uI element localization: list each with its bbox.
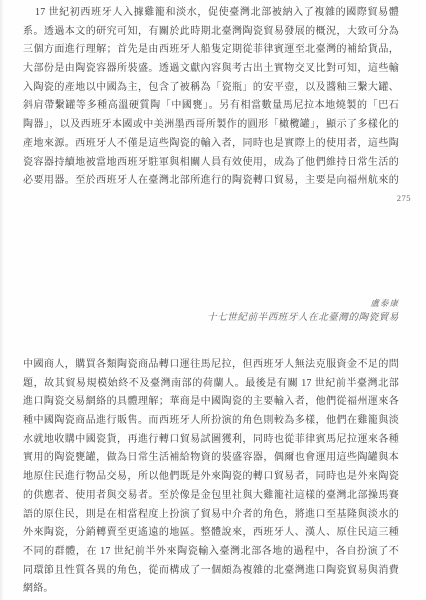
text-line: 進口陶瓷交易網絡的具體理解；華商是中國陶瓷的主要輸入者，他們從福州運來各 [23, 393, 399, 412]
text-line: 大部份是由陶瓷容器所裝盛。透過文獻內容與考古出土實物交叉比對可知，這些輸 [23, 60, 399, 79]
text-line: 題，故其貿易規模始終不及臺灣南部的荷蘭人。最後是有關 17 世紀前半臺灣北部 [23, 375, 399, 394]
text-line: 實用的陶瓷甕罐，做為日常生活補給物資的裝盛容器，偶爾也會運用這些陶罐與本 [23, 449, 399, 468]
text-line: 的供應者、使用者與交易者。至於像是金包里社與大雞籠社這樣的臺灣北部操馬賽 [23, 487, 399, 506]
text-line: 17 世紀初西班牙人入據雞籠和淡水，促使臺灣北部被納入了複雜的國際貿易體 [23, 4, 399, 23]
paragraph-top: 17 世紀初西班牙人入據雞籠和淡水，促使臺灣北部被納入了複雜的國際貿易體系。透過… [23, 4, 399, 191]
text-line: 地原住民進行物品交易，所以他們既是外來陶瓷的轉口貿易者，同時也是外來陶瓷 [23, 468, 399, 487]
text-line: 斜肩帶繫罐等多種高溫硬質陶「中國甕」。另有相當數量馬尼拉本地燒製的「巴石 [23, 97, 399, 116]
text-line: 陶器」，以及西班牙本國或中美洲墨西哥所製作的圓形「橄欖罐」，顯示了多樣化的 [23, 116, 399, 135]
text-line: 水就地收購中國瓷貨，再進行轉口貿易試圖獲利，同時也從菲律賓馬尼拉運來各種 [23, 431, 399, 450]
text-line: 不同的群體，在 17 世紀前半外來陶瓷輸入臺灣北部各地的過程中，各自扮演了不 [23, 543, 399, 562]
text-line: 中國商人，購買各類陶瓷商品轉口運往馬尼拉，但西班牙人無法克服資金不足的問 [23, 356, 399, 375]
text-line: 三個方面進行理解；首先是由西班牙人船隻定期從菲律賓運至北臺灣的補給貨品， [23, 41, 399, 60]
text-line: 產地來源。西班牙人不僅是這些陶瓷的輸入者，同時也是實際上的使用者，這些陶 [23, 135, 399, 154]
page-number: 275 [397, 193, 411, 203]
text-line: 外來陶瓷，分銷轉賣至更遙遠的地區。整體說來，西班牙人、漢人、原住民這三種 [23, 524, 399, 543]
text-line: 瓷容器持續地被當地西班牙駐軍與相關人員有效使用，成為了他們維持日常生活的 [23, 154, 399, 173]
text-line: 網絡。 [23, 580, 399, 599]
running-header-author: 盧泰康 [23, 296, 399, 310]
text-line: 系。透過本文的研究可知，有關於此時期北臺灣陶瓷貿易發展的概況，大致可分為 [23, 23, 399, 42]
text-line: 入陶瓷的產地以中國為主，包含了被稱為「瓷瓶」的安平壺，以及醬釉三繫大罐、 [23, 79, 399, 98]
text-line: 必要用器。至於西班牙人在臺灣北部所進行的陶瓷轉口貿易，主要是向福州航來的 [23, 172, 399, 191]
document-page: 17 世紀初西班牙人入據雞籠和淡水，促使臺灣北部被納入了複雜的國際貿易體系。透過… [0, 0, 426, 600]
text-line: 語的原住民，則是在相當程度上扮演了貿易中介者的角色，將進口至基隆與淡水的 [23, 506, 399, 525]
text-line: 同環節且性質各異的角色，從而構成了一個頗為複雜的北臺灣進口陶瓷貿易與消費 [23, 562, 399, 581]
paragraph-bottom: 中國商人，購買各類陶瓷商品轉口運往馬尼拉，但西班牙人無法克服資金不足的問題，故其… [23, 356, 399, 599]
running-header-title: 十七世紀前半西班牙人在北臺灣的陶瓷貿易 [23, 310, 399, 326]
text-line: 種中國陶瓷商品進行販售。而西班牙人所扮演的角色則較為多樣，他們在雞籠與淡 [23, 412, 399, 431]
running-header: 盧泰康 十七世紀前半西班牙人在北臺灣的陶瓷貿易 [23, 296, 399, 326]
